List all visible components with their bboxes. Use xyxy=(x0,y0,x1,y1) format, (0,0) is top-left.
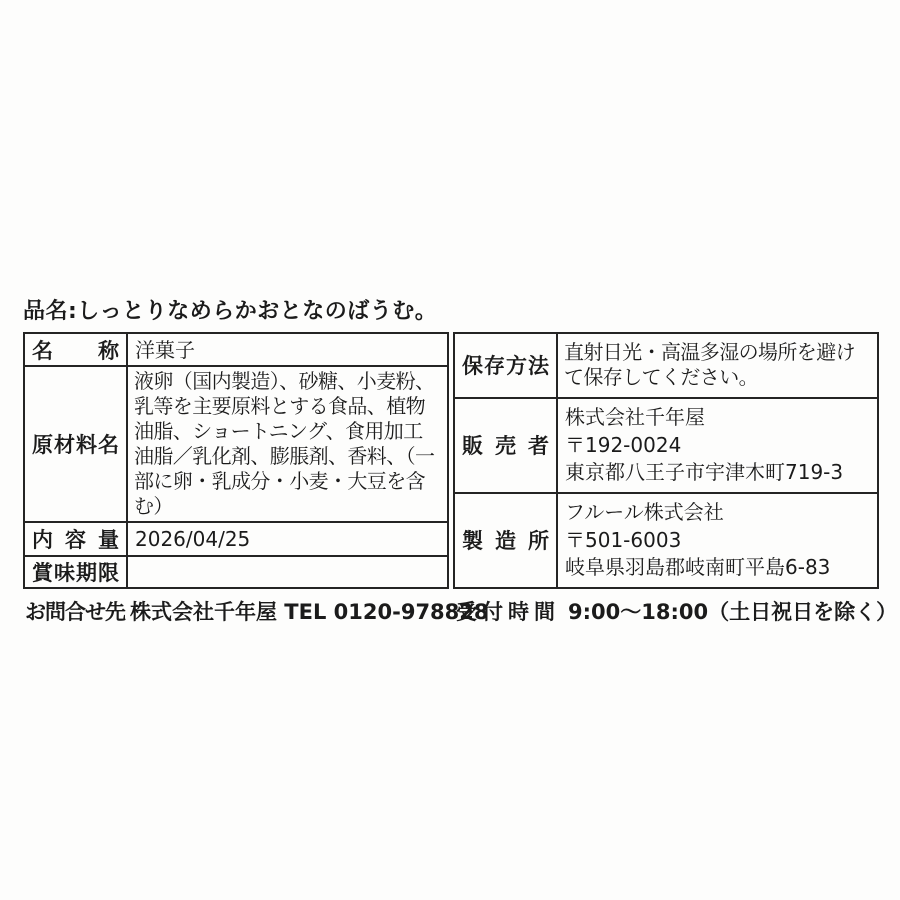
table-row: 製造所 フルール株式会社 〒501-6003 岐阜県羽島郡岐南町平島6-83 xyxy=(454,493,878,588)
contact-value: 株式会社千年屋 TEL 0120-978828 xyxy=(130,600,489,624)
value-ingredients: 液卵（国内製造）、砂糖、小麦粉、乳等を主要原料とする食品、植物油脂、ショートニン… xyxy=(127,366,448,522)
contact-label: お問合せ先 xyxy=(25,600,125,624)
header-ingredients: 原材料名 xyxy=(24,366,127,522)
contact-line: お問合せ先 株式会社千年屋 TEL 0120-978828 受付時間 9:00〜… xyxy=(23,600,879,626)
table-row: 名称 洋菓子 xyxy=(24,333,448,366)
table-row: 販売者 株式会社千年屋 〒192-0024 東京都八王子市宇津木町719-3 xyxy=(454,398,878,493)
value-seller: 株式会社千年屋 〒192-0024 東京都八王子市宇津木町719-3 xyxy=(557,398,878,493)
table-row: 内容量 2026/04/25 xyxy=(24,522,448,556)
value-storage: 直射日光・高温多湿の場所を避けて保存してください。 xyxy=(557,333,878,398)
hours-label: 受付時間 xyxy=(456,600,560,624)
table-row: 保存方法 直射日光・高温多湿の場所を避けて保存してください。 xyxy=(454,333,878,398)
header-expiry: 賞味期限 xyxy=(24,556,127,588)
header-name: 名称 xyxy=(24,333,127,366)
table-row: 賞味期限 xyxy=(24,556,448,588)
table-row: 原材料名 液卵（国内製造）、砂糖、小麦粉、乳等を主要原料とする食品、植物油脂、シ… xyxy=(24,366,448,522)
product-info-label: 品名:しっとりなめらかおとなのばうむ。 名称 洋菓子 原材料名 液卵（国内製造）… xyxy=(23,300,879,626)
product-name-line: 品名:しっとりなめらかおとなのばうむ。 xyxy=(23,300,879,327)
spec-tables: 名称 洋菓子 原材料名 液卵（国内製造）、砂糖、小麦粉、乳等を主要原料とする食品… xyxy=(23,332,879,589)
value-name: 洋菓子 xyxy=(127,333,448,366)
spec-table-left: 名称 洋菓子 原材料名 液卵（国内製造）、砂糖、小麦粉、乳等を主要原料とする食品… xyxy=(23,332,449,589)
hours-value: 9:00〜18:00（土日祝日を除く） xyxy=(568,600,897,624)
header-manufacturer: 製造所 xyxy=(454,493,557,588)
header-seller: 販売者 xyxy=(454,398,557,493)
header-net-content: 内容量 xyxy=(24,522,127,556)
value-manufacturer: フルール株式会社 〒501-6003 岐阜県羽島郡岐南町平島6-83 xyxy=(557,493,878,588)
value-net-content: 2026/04/25 xyxy=(127,522,448,556)
header-storage: 保存方法 xyxy=(454,333,557,398)
value-expiry xyxy=(127,556,448,588)
spec-table-right: 保存方法 直射日光・高温多湿の場所を避けて保存してください。 販売者 株式会社千… xyxy=(453,332,879,589)
